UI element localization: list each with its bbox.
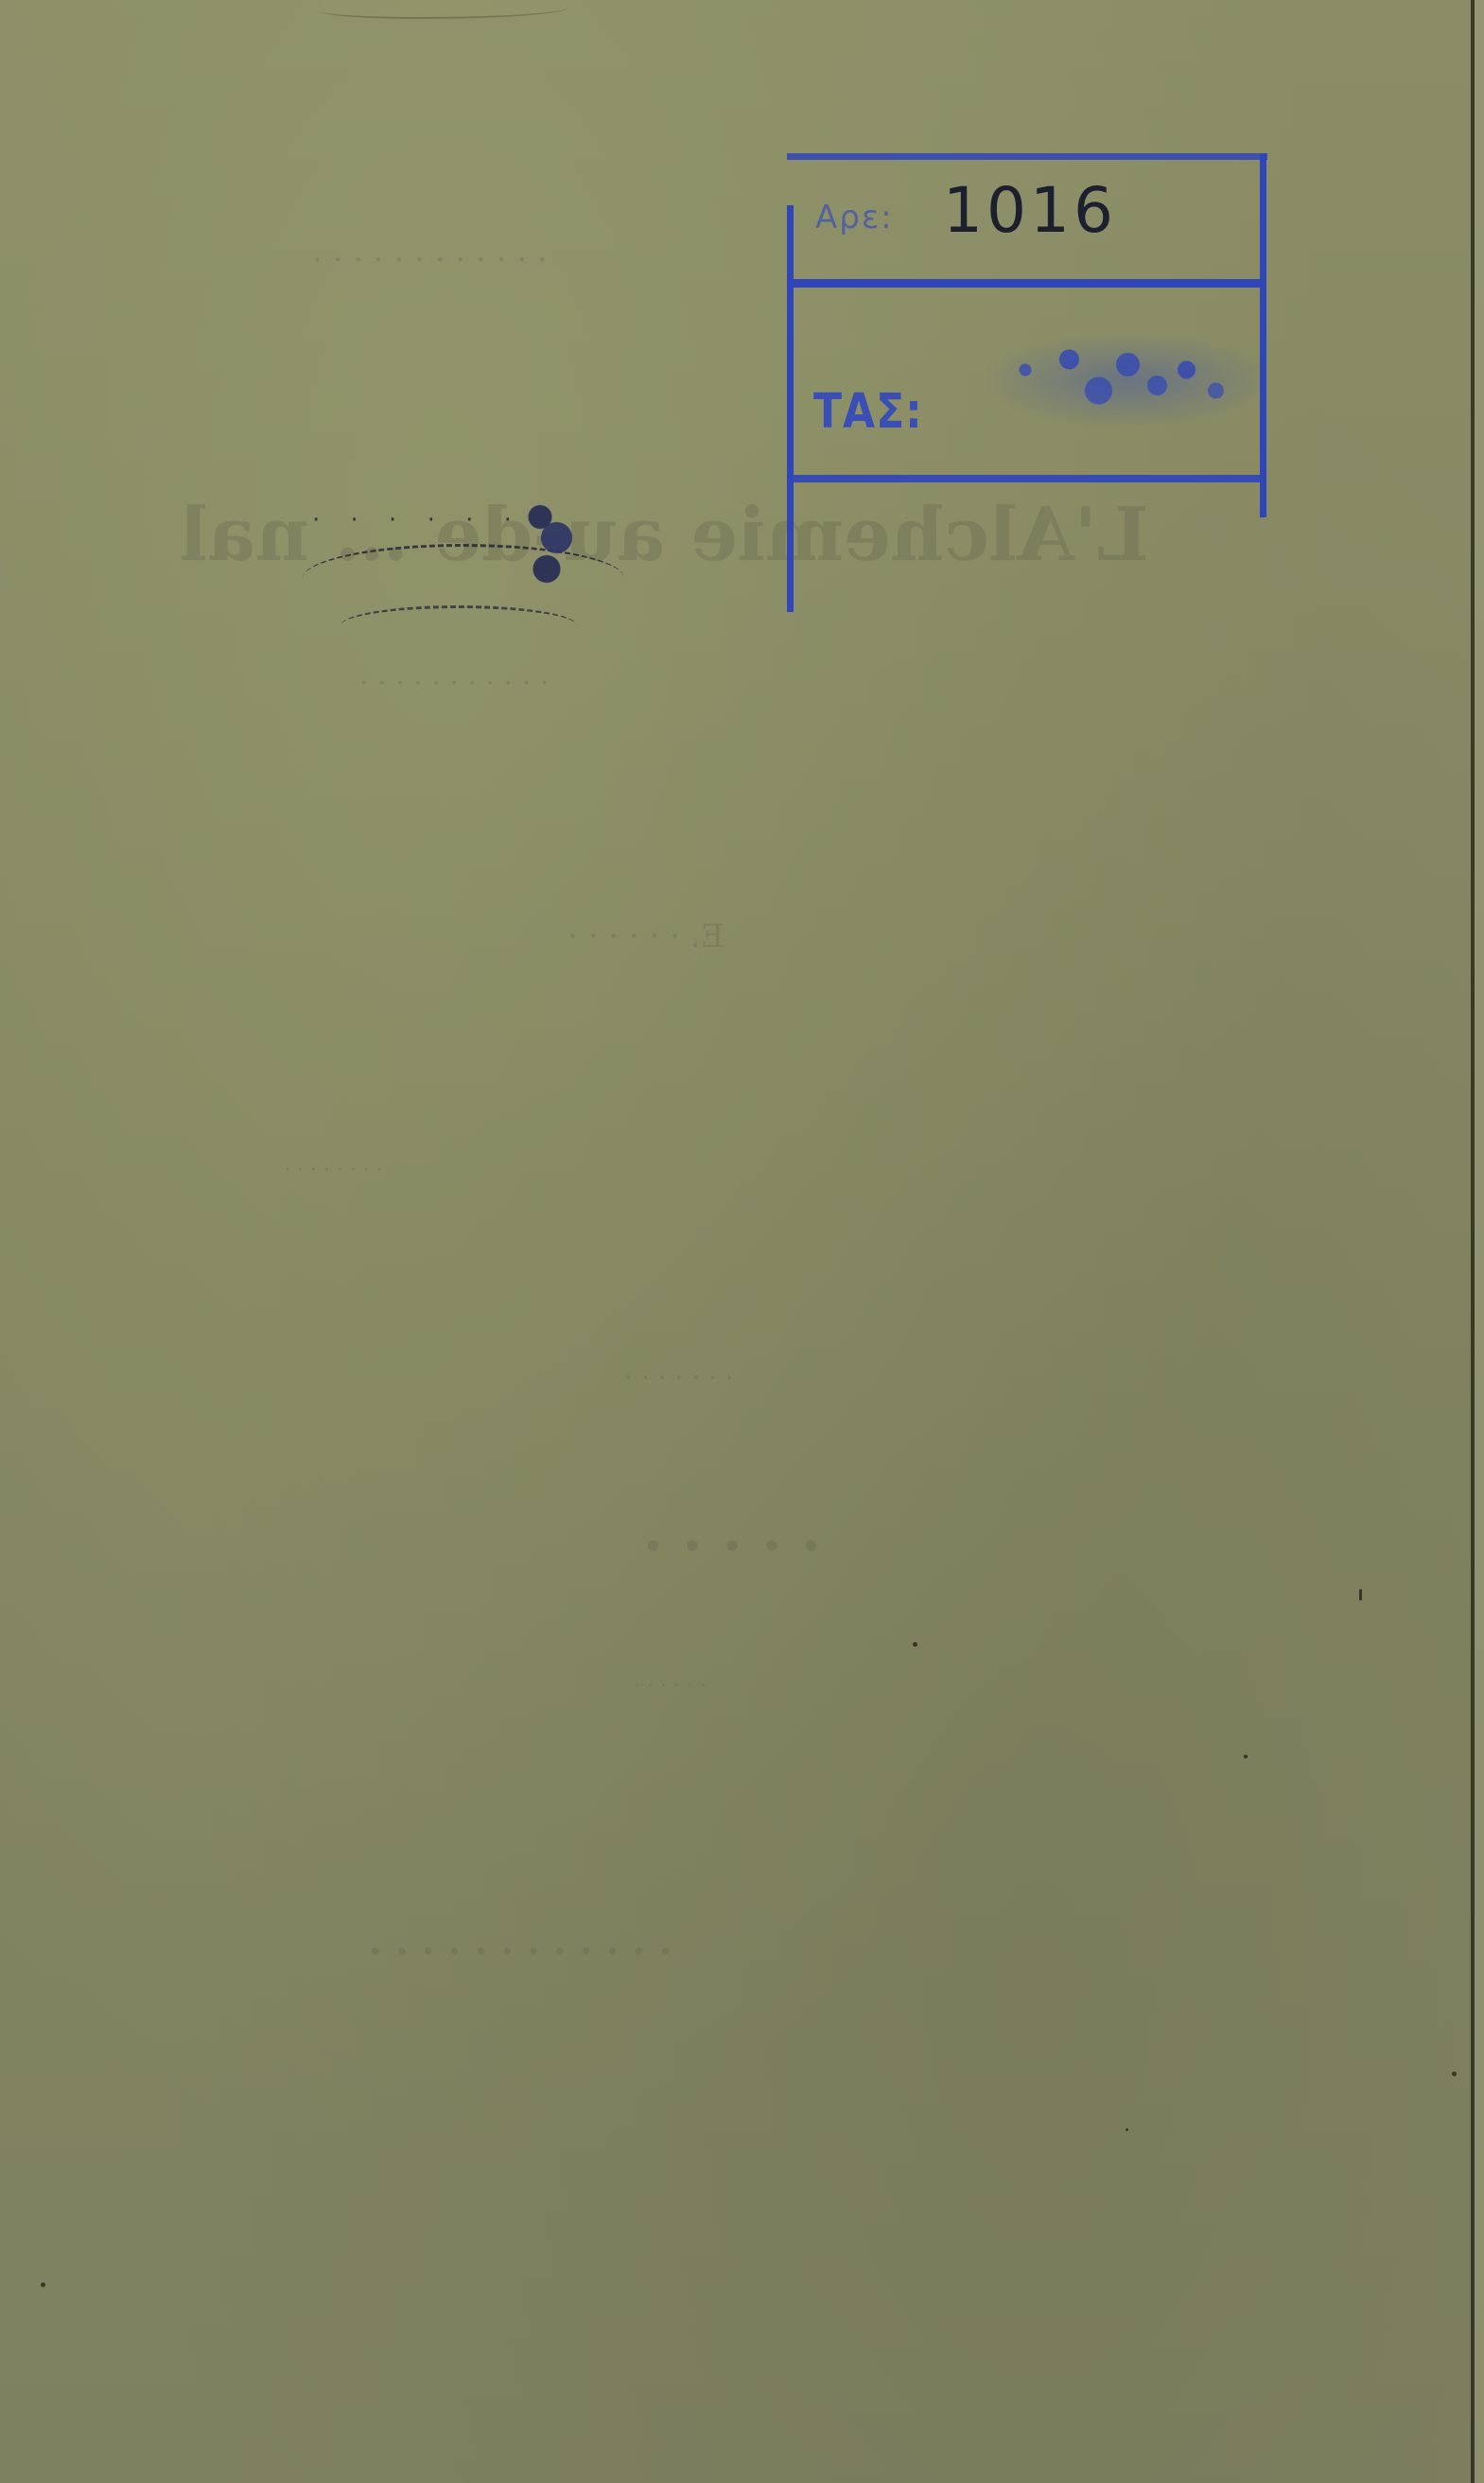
bleed-through-text: · · · · · · · xyxy=(624,1362,734,1393)
bleed-through-text: · · · · · · · · · · · · xyxy=(312,241,548,279)
page-edge-line xyxy=(1471,0,1475,2483)
bleed-through-text: · · · · · · · · · · · xyxy=(359,667,549,700)
archive-stamp: Αρε: 1016 ΤΑΣ: xyxy=(787,153,1267,617)
stamp-border-bottom xyxy=(787,475,1260,482)
ink-blot xyxy=(520,501,586,605)
stamp-number-label: Αρε: xyxy=(815,199,894,236)
oval-ink-stamp: · · · · · · xyxy=(274,501,672,662)
paper-speck xyxy=(913,1642,917,1647)
paper-speck xyxy=(41,2282,45,2287)
paper-speck xyxy=(1452,2072,1457,2076)
stamp-border-left xyxy=(787,205,794,612)
stamp-tas-label: ΤΑΣ: xyxy=(813,384,923,440)
bleed-through-author: E. · · · · · · xyxy=(567,918,724,955)
paper-speck xyxy=(1244,1755,1248,1758)
stamp-divider xyxy=(787,279,1260,288)
bleed-through-publisher: · · · · · · · · · · · · xyxy=(369,1930,672,1974)
paper-speck xyxy=(1126,2128,1128,2131)
stamp-number-value: 1016 xyxy=(943,174,1117,247)
paper-speck xyxy=(1359,1589,1362,1600)
oval-stamp-text: · · · · · · xyxy=(312,506,523,534)
stamp-smudged-value xyxy=(967,328,1260,432)
bleed-through-text: · · · · · · xyxy=(634,1674,707,1698)
bleed-through-emblem: · · · · · xyxy=(643,1513,821,1580)
stamp-border-right xyxy=(1260,153,1266,517)
page-edge-shade xyxy=(1475,0,1484,2483)
stamp-border-top xyxy=(787,153,1267,160)
bleed-through-text: · · · · · · · · xyxy=(284,1159,383,1182)
oval-stamp-arc xyxy=(340,605,577,646)
